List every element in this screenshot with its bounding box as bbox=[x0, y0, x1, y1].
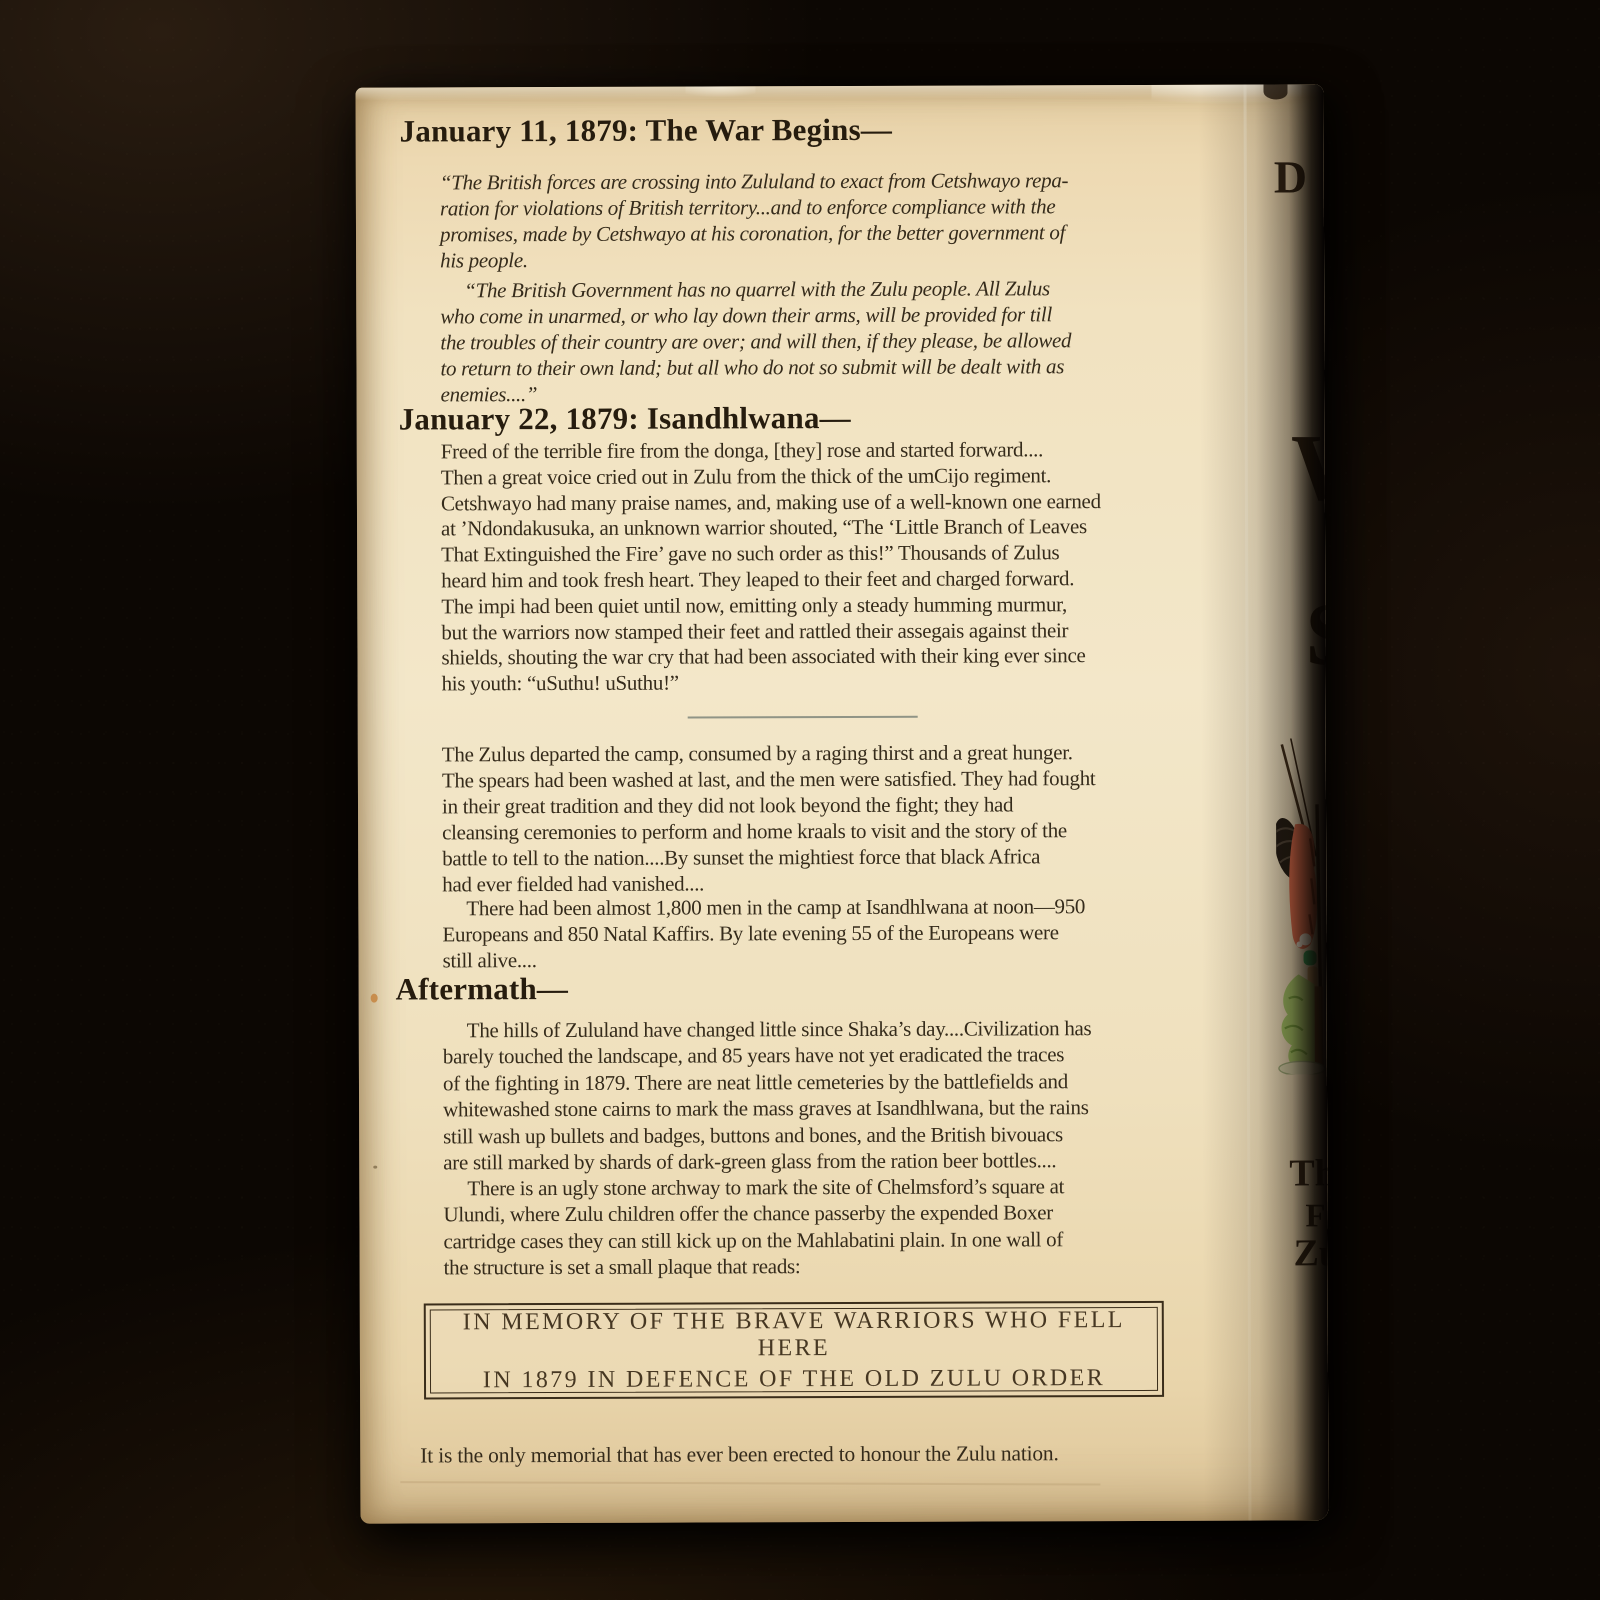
spine-edge: D W S Th F Zu bbox=[355, 84, 1328, 1523]
paper-speck bbox=[371, 994, 378, 1003]
spine-fold-shadow bbox=[1198, 84, 1328, 1520]
paper-speck bbox=[373, 1166, 377, 1169]
wear-mark bbox=[685, 86, 755, 97]
book-back-cover: January 11, 1879: The War Begins— “The B… bbox=[355, 84, 1328, 1523]
dark-table-surface: January 11, 1879: The War Begins— “The B… bbox=[0, 0, 1600, 1600]
